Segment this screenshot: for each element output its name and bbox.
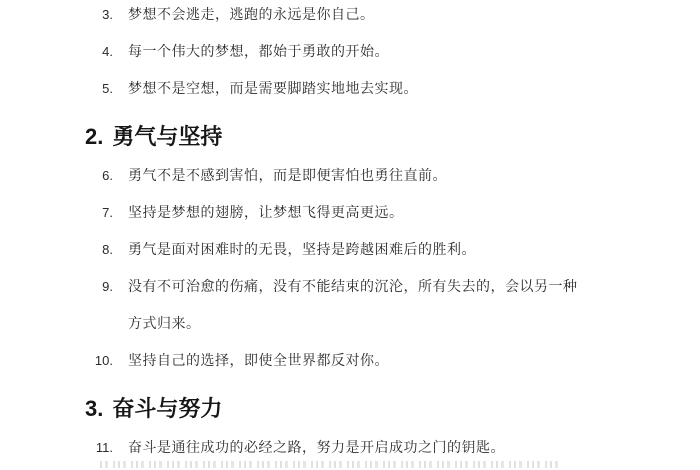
heading-title: 勇气与坚持 [112, 123, 222, 151]
heading-number: 3. [85, 395, 103, 423]
list-item: 10. 坚持自己的选择，即使全世界都反对你。 [88, 342, 680, 379]
item-number: 4. [88, 33, 113, 70]
list-section-courage: 6. 勇气不是不感到害怕，而是即便害怕也勇往直前。 7. 坚持是梦想的翅膀，让梦… [88, 157, 680, 379]
item-text: 梦想不会逃走，逃跑的永远是你自己。 [128, 0, 375, 33]
document-page: 3. 梦想不会逃走，逃跑的永远是你自己。 4. 每一个伟大的梦想，都始于勇敢的开… [0, 0, 700, 466]
clipped-next-text-line [100, 461, 560, 468]
item-text: 每一个伟大的梦想，都始于勇敢的开始。 [128, 33, 389, 70]
list-item: 8. 勇气是面对困难时的无畏，坚持是跨越困难后的胜利。 [88, 231, 680, 268]
list-item: 5. 梦想不是空想，而是需要脚踏实地地去实现。 [88, 70, 680, 107]
section-heading-effort: 3. 奋斗与努力 [85, 395, 680, 423]
heading-number: 2. [85, 123, 103, 151]
item-number: 8. [88, 231, 113, 268]
item-text: 梦想不是空想，而是需要脚踏实地地去实现。 [128, 70, 418, 107]
item-text: 勇气是面对困难时的无畏，坚持是跨越困难后的胜利。 [128, 231, 476, 268]
section-heading-courage: 2. 勇气与坚持 [85, 123, 680, 151]
list-item: 6. 勇气不是不感到害怕，而是即便害怕也勇往直前。 [88, 157, 680, 194]
item-number: 6. [88, 157, 113, 194]
item-number: 5. [88, 70, 113, 107]
item-text: 没有不可治愈的伤痛，没有不能结束的沉沦，所有失去的，会以另一种方式归来。 [128, 268, 586, 342]
item-text: 坚持自己的选择，即使全世界都反对你。 [128, 342, 389, 379]
heading-title: 奋斗与努力 [112, 395, 222, 423]
item-number: 3. [88, 0, 113, 33]
item-text: 坚持是梦想的翅膀，让梦想飞得更高更远。 [128, 194, 404, 231]
item-number: 9. [88, 268, 113, 305]
list-section-dreams: 3. 梦想不会逃走，逃跑的永远是你自己。 4. 每一个伟大的梦想，都始于勇敢的开… [88, 0, 680, 107]
list-item: 9. 没有不可治愈的伤痛，没有不能结束的沉沦，所有失去的，会以另一种方式归来。 [88, 268, 680, 342]
list-item: 4. 每一个伟大的梦想，都始于勇敢的开始。 [88, 33, 680, 70]
item-number: 10. [88, 342, 113, 379]
item-number: 7. [88, 194, 113, 231]
list-item: 7. 坚持是梦想的翅膀，让梦想飞得更高更远。 [88, 194, 680, 231]
list-item: 3. 梦想不会逃走，逃跑的永远是你自己。 [88, 0, 680, 33]
item-text: 勇气不是不感到害怕，而是即便害怕也勇往直前。 [128, 157, 447, 194]
